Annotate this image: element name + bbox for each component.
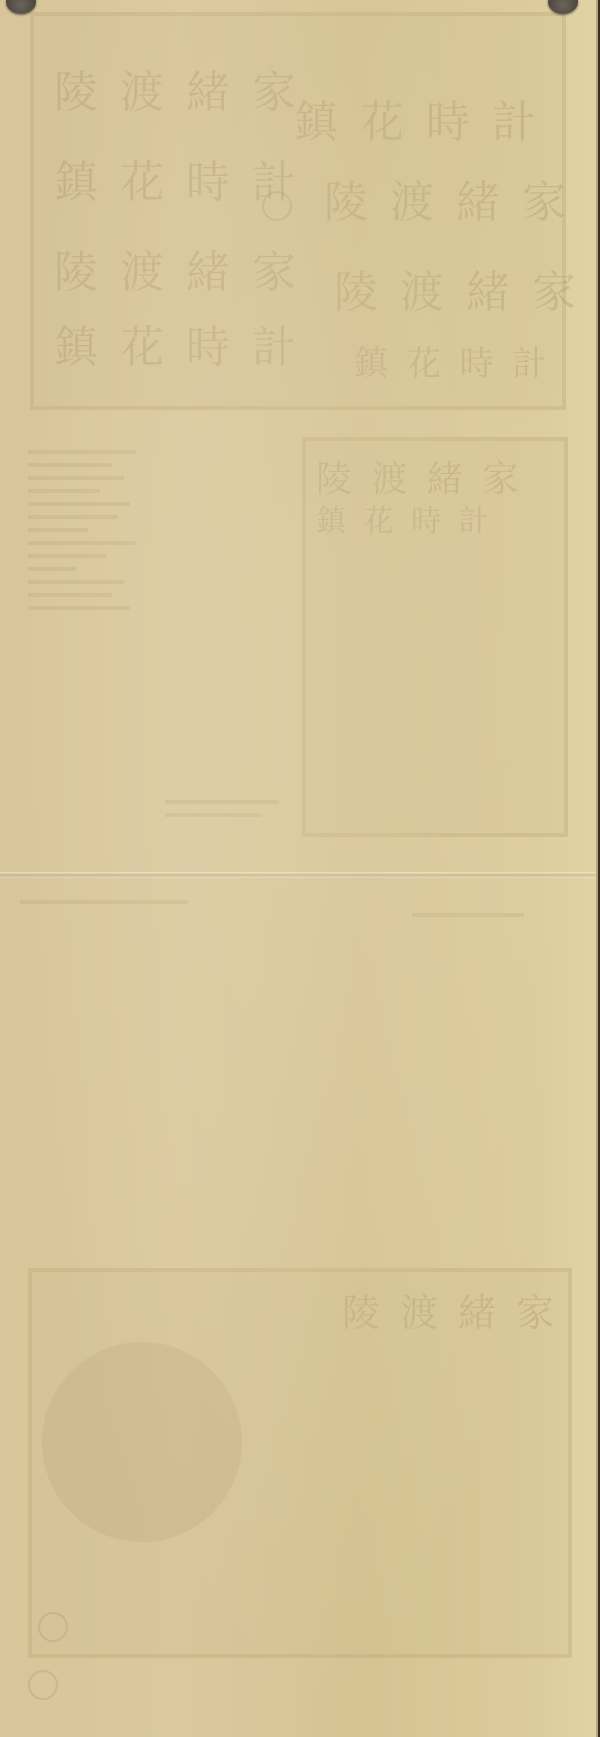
ghost-title: 鎮 花 時 計 (54, 311, 300, 375)
circle-mark (38, 1612, 68, 1642)
circle-mark (28, 1670, 58, 1700)
middle-left-text-block (28, 450, 148, 619)
ghost-title: 鎮 花 時 計 (316, 496, 493, 540)
ghost-title: 陵 渡 緒 家 (324, 166, 570, 230)
lower-faint-text (20, 900, 580, 926)
ghost-title: 陵 渡 緒 家 (54, 56, 300, 120)
ghost-title: 鎮 花 時 計 (294, 86, 540, 150)
poster-paper: 陵 渡 緒 家 鎮 花 時 計 鎮 花 時 計 陵 渡 緒 家 陵 渡 緒 家 … (0, 0, 598, 1737)
bottom-panel: 陵 渡 緒 家 (28, 1268, 572, 1658)
fold-line (0, 872, 596, 878)
middle-credit-block (165, 800, 285, 826)
top-panel: 陵 渡 緒 家 鎮 花 時 計 鎮 花 時 計 陵 渡 緒 家 陵 渡 緒 家 … (30, 12, 566, 410)
ghost-title: 陵 渡 緒 家 (342, 1282, 558, 1337)
ghost-title: 陵 渡 緒 家 (54, 236, 300, 300)
ghost-title: 陵 渡 緒 家 (334, 256, 580, 320)
ghost-title: 鎮 花 時 計 (54, 146, 300, 210)
circle-mark (262, 191, 292, 221)
ghost-title: 陵 渡 緒 家 (316, 451, 522, 502)
ghost-title: 鎮 花 時 計 (354, 336, 550, 385)
ghost-illustration (42, 1342, 242, 1542)
middle-right-panel: 陵 渡 緒 家 鎮 花 時 計 (302, 437, 568, 837)
